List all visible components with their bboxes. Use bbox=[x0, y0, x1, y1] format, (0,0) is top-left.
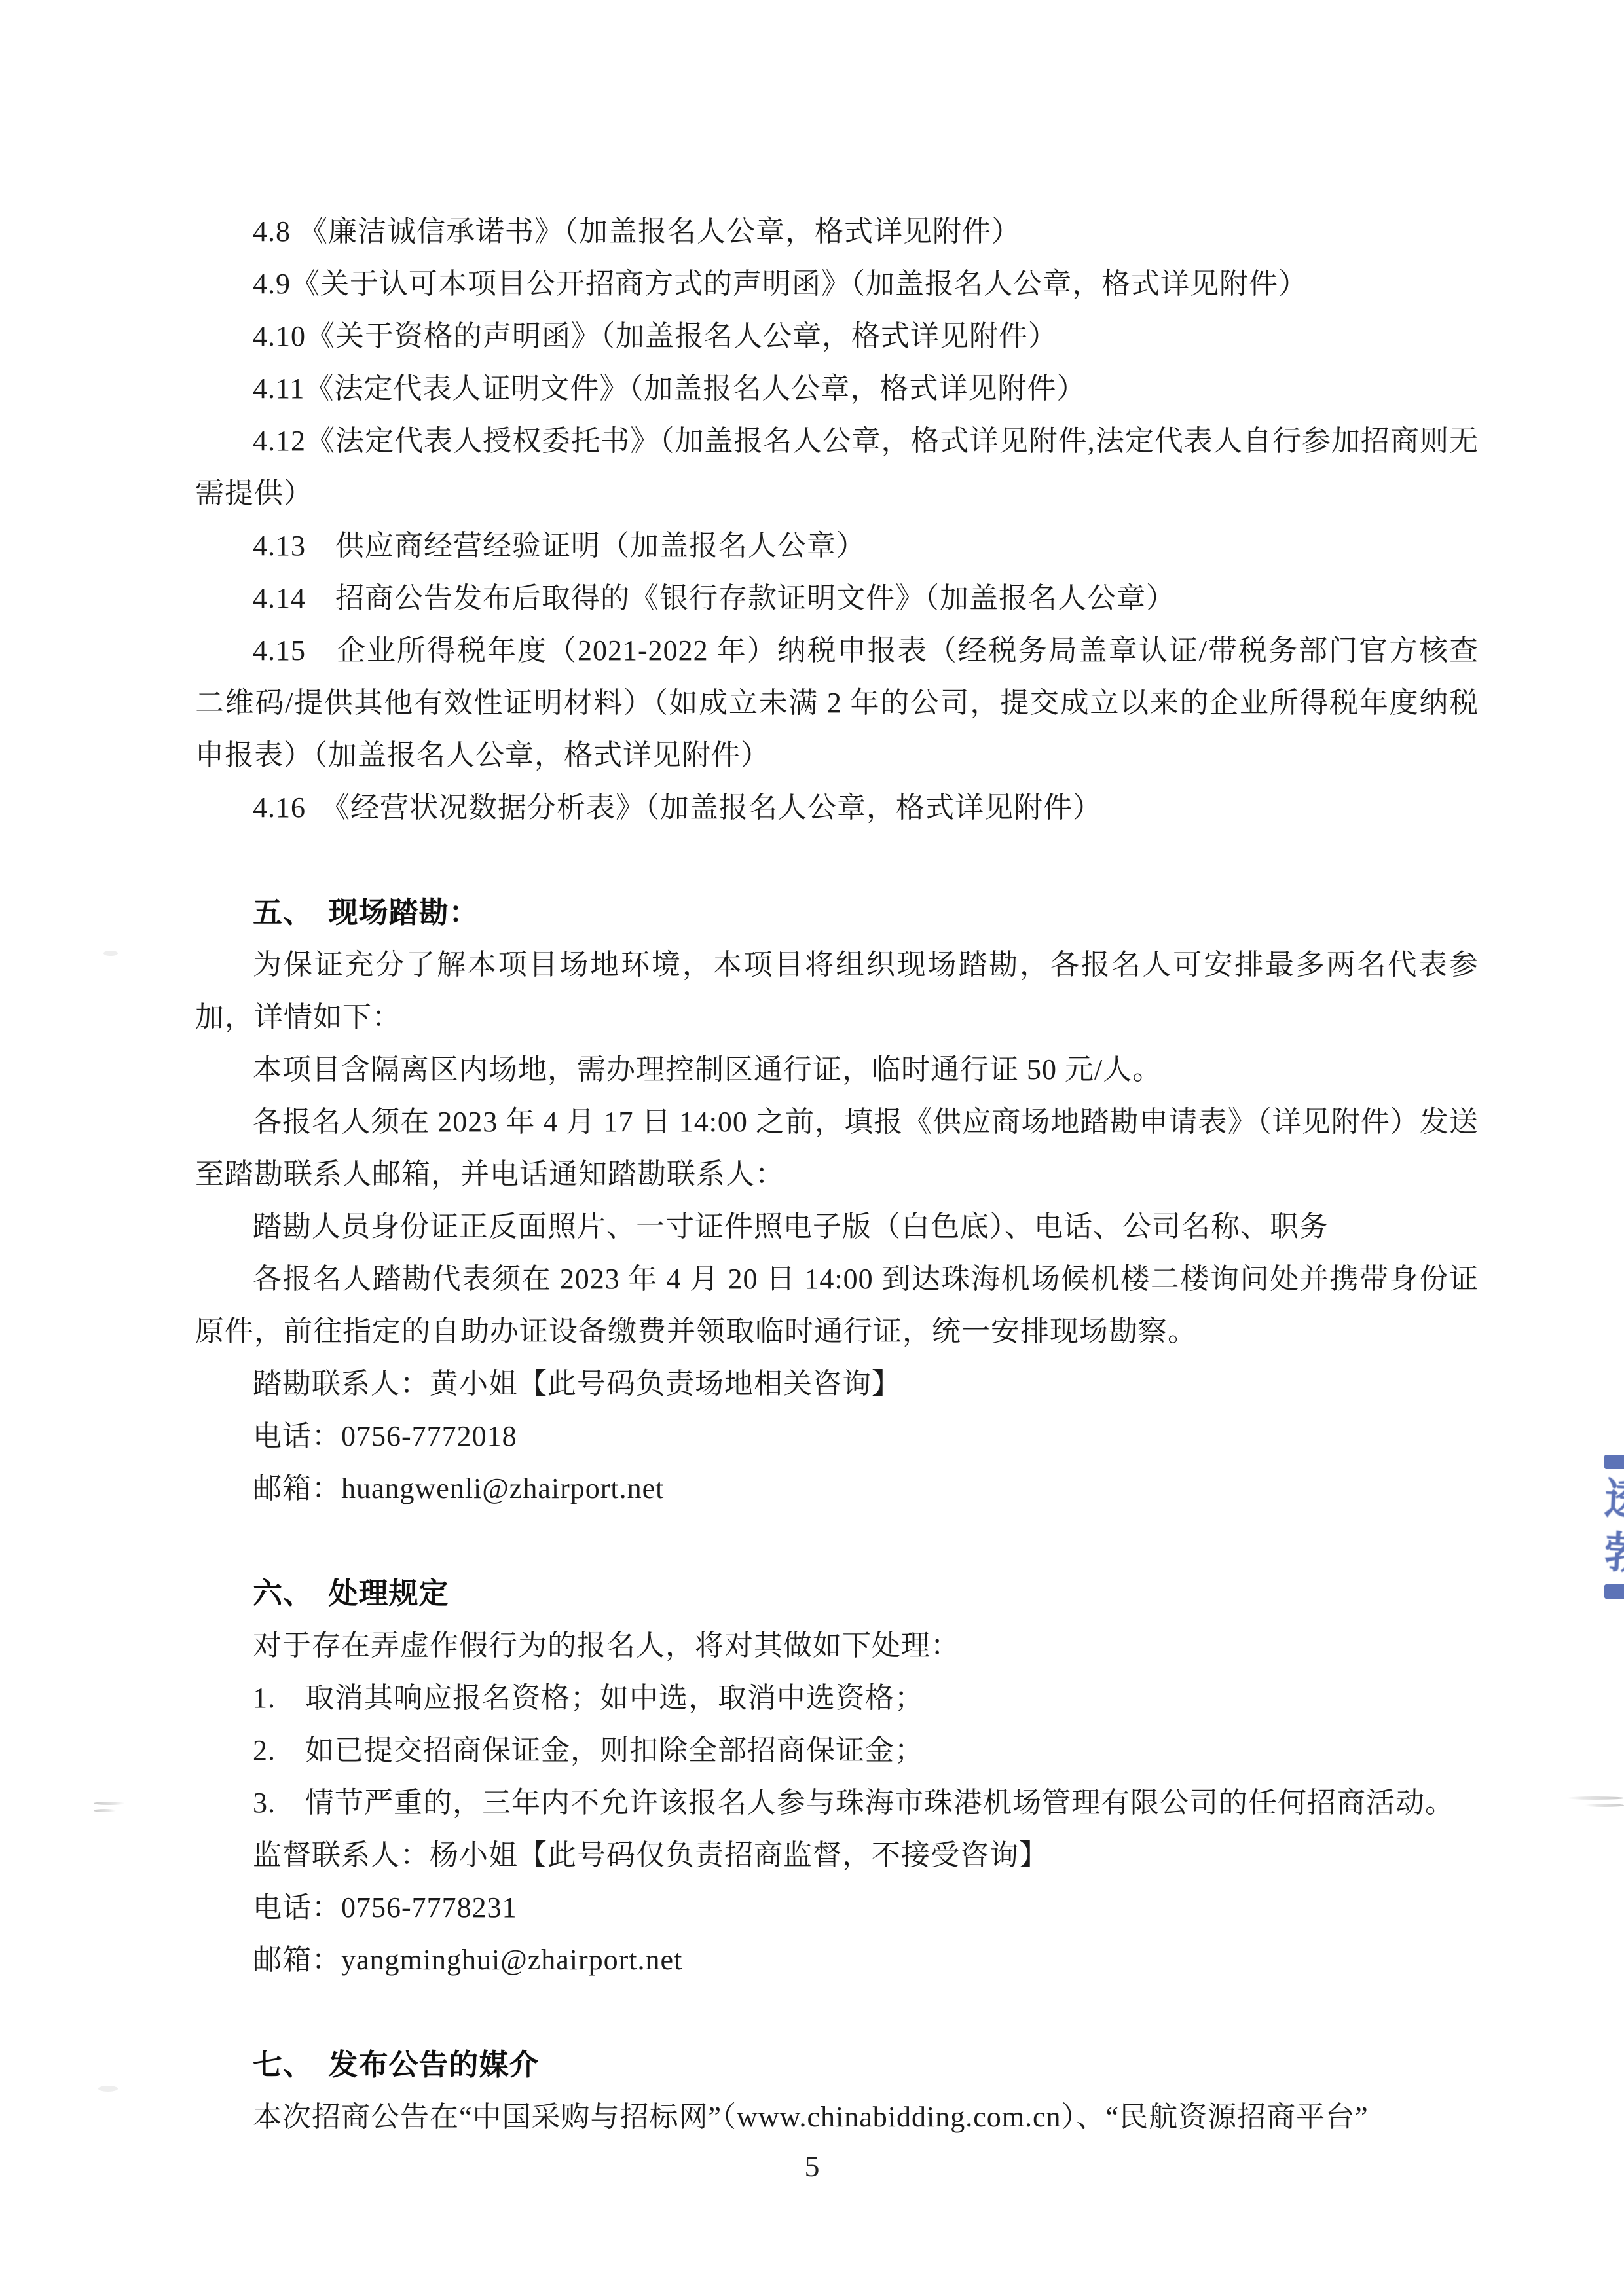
section-5-para-apply-form: 各报名人须在 2023 年 4 月 17 日 14:00 之前，填报《供应商场地… bbox=[195, 1096, 1479, 1201]
section-gap bbox=[195, 834, 1479, 886]
section-6-para-intro: 对于存在弄虚作假行为的报名人，将对其做如下处理： bbox=[195, 1620, 1479, 1672]
section-7-heading: 七、 发布公告的媒介 bbox=[195, 2039, 1479, 2091]
section-7-para-media: 本次招商公告在“中国采购与招标网”（www.chinabidding.com.c… bbox=[195, 2091, 1479, 2143]
section-6-rule-3: 3. 情节严重的，三年内不允许该报名人参与珠海市珠港机场管理有限公司的任何招商活… bbox=[195, 1777, 1479, 1829]
section-5-heading: 五、 现场踏勘： bbox=[195, 886, 1479, 939]
section-5-para-intro: 为保证充分了解本项目场地环境，本项目将组织现场踏勘，各报名人可安排最多两名代表参… bbox=[195, 939, 1479, 1044]
section-6-contact-phone: 电话：0756-7778231 bbox=[195, 1882, 1479, 1934]
document-page: 4.8 《廉洁诚信承诺书》（加盖报名人公章，格式详见附件） 4.9《关于认可本项… bbox=[0, 0, 1624, 2296]
stamp-top-bar bbox=[1604, 1455, 1624, 1469]
section-5-contact-phone: 电话：0756-7772018 bbox=[195, 1410, 1479, 1463]
list-item-4-16: 4.16 《经营状况数据分析表》（加盖报名人公章，格式详见附件） bbox=[195, 782, 1479, 834]
blue-stamp-artifact: 透 勃 bbox=[1604, 1455, 1624, 1603]
list-item-4-13: 4.13 供应商经营经验证明（加盖报名人公章） bbox=[195, 520, 1479, 572]
section-5-para-id-materials: 踏勘人员身份证正反面照片、一寸证件照电子版（白色底）、电话、公司名称、职务 bbox=[195, 1201, 1479, 1253]
section-5-contact-email: 邮箱：huangwenli@zhairport.net bbox=[195, 1463, 1479, 1515]
scan-speck bbox=[103, 951, 118, 956]
list-item-4-11: 4.11《法定代表人证明文件》（加盖报名人公章，格式详见附件） bbox=[195, 363, 1479, 415]
section-gap bbox=[195, 1986, 1479, 2039]
list-item-4-15: 4.15 企业所得税年度（2021-2022 年）纳税申报表（经税务局盖章认证/… bbox=[195, 625, 1479, 782]
section-6-contact-person: 监督联系人：杨小姐【此号码仅负责招商监督，不接受咨询】 bbox=[195, 1829, 1479, 1882]
section-5-para-meetup: 各报名人踏勘代表须在 2023 年 4 月 20 日 14:00 到达珠海机场候… bbox=[195, 1253, 1479, 1358]
document-body: 4.8 《廉洁诚信承诺书》（加盖报名人公章，格式详见附件） 4.9《关于认可本项… bbox=[195, 206, 1479, 2143]
stamp-glyph-icon: 勃 bbox=[1603, 1525, 1624, 1582]
scan-speck bbox=[98, 2086, 118, 2092]
stamp-glyph-icon: 透 bbox=[1603, 1472, 1624, 1528]
scan-smudge bbox=[1566, 1796, 1624, 1811]
section-5-contact-person: 踏勘联系人：黄小姐【此号码负责场地相关咨询】 bbox=[195, 1358, 1479, 1410]
list-item-4-8: 4.8 《廉洁诚信承诺书》（加盖报名人公章，格式详见附件） bbox=[195, 206, 1479, 258]
list-item-4-9: 4.9《关于认可本项目公开招商方式的声明函》（加盖报名人公章，格式详见附件） bbox=[195, 258, 1479, 310]
section-6-heading: 六、 处理规定 bbox=[195, 1567, 1479, 1620]
list-item-4-10: 4.10《关于资格的声明函》（加盖报名人公章，格式详见附件） bbox=[195, 310, 1479, 363]
stamp-bottom-bar bbox=[1604, 1584, 1624, 1599]
section-6-contact-email: 邮箱：yangminghui@zhairport.net bbox=[195, 1934, 1479, 1986]
scan-smudge bbox=[94, 1802, 125, 1816]
section-5-para-pass-fee: 本项目含隔离区内场地，需办理控制区通行证，临时通行证 50 元/人。 bbox=[195, 1044, 1479, 1096]
section-gap bbox=[195, 1515, 1479, 1567]
section-6-rule-2: 2. 如已提交招商保证金，则扣除全部招商保证金； bbox=[195, 1724, 1479, 1777]
list-item-4-14: 4.14 招商公告发布后取得的《银行存款证明文件》（加盖报名人公章） bbox=[195, 572, 1479, 625]
section-6-rule-1: 1. 取消其响应报名资格；如中选，取消中选资格； bbox=[195, 1672, 1479, 1724]
list-item-4-12: 4.12《法定代表人授权委托书》（加盖报名人公章，格式详见附件,法定代表人自行参… bbox=[195, 415, 1479, 520]
page-number: 5 bbox=[0, 2149, 1624, 2183]
